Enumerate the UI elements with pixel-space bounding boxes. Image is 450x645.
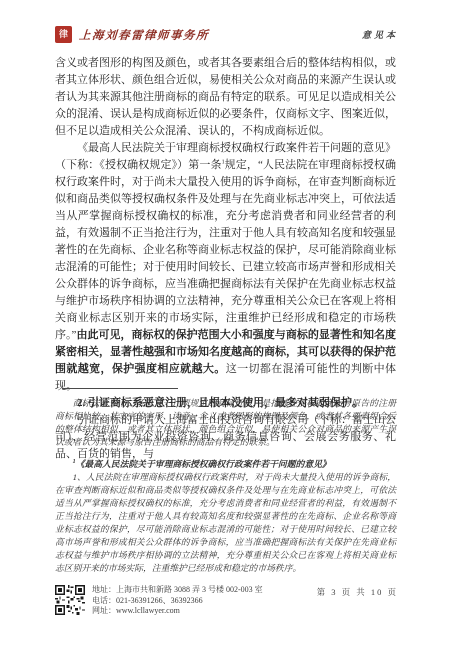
- paragraph-continuation: 含义或者图形的构图及颜色，或者其各要素组合后的整体结构相似，或者其立体形状、颜色…: [55, 55, 396, 140]
- law-firm-seal-icon: [55, 26, 72, 43]
- footnote-1: 商标法第五十二条第（一）项规定的商标近似，是指被控侵权的商标与原告的注册商标相比…: [55, 397, 396, 449]
- page-footer: 地址：上海市共和新路 3088 弄 3 号楼 002-003 室 电话：021-…: [55, 585, 398, 617]
- address-line: 地址：上海市共和新路 3088 弄 3 号楼 002-003 室: [92, 585, 263, 596]
- document-page: 上海刘春雷律师事务所 意见本 含义或者图形的构图及颜色，或者其各要素组合后的整体…: [0, 0, 450, 645]
- qr-code-icon: [55, 585, 85, 615]
- website-line: 网址：www.lcllawyer.com: [92, 606, 263, 617]
- footnote-2-title-text: 《最高人民法院关于审理商标授权确权行政案件若干问题的意见》: [76, 459, 331, 469]
- firm-name: 上海刘春雷律师事务所: [78, 27, 209, 43]
- footnote-2-body: 1、人民法院在审理商标授权确权行政案件时，对于尚未大量投入使用的诉争商标，在审查…: [55, 471, 396, 575]
- paragraph-opinion-quote: 《最高人民法院关于审理商标授权确权行政案件若干问题的意见》（下称：《授权确权规定…: [55, 140, 396, 395]
- page-number: 第 3 页 共 10 页: [317, 585, 398, 598]
- phone-line: 电话：021-36391266、36392366: [92, 596, 263, 607]
- quote-text: 规定，“人民法院在审理商标授权确权行政案件时，对于尚未大量投入使用的诉争商标，在…: [55, 159, 396, 341]
- header-watermark-label: 意见本: [362, 28, 398, 41]
- contact-block: 地址：上海市共和新路 3088 弄 3 号楼 002-003 室 电话：021-…: [92, 585, 263, 617]
- footnotes-section: 商标法第五十二条第（一）项规定的商标近似，是指被控侵权的商标与原告的注册商标相比…: [55, 397, 396, 575]
- page-header: 上海刘春雷律师事务所 意见本: [55, 26, 398, 43]
- footnote-separator-line: [62, 388, 178, 389]
- footnote-2-title: 1《最高人民法院关于审理商标授权确权行政案件若干问题的意见》: [55, 458, 396, 471]
